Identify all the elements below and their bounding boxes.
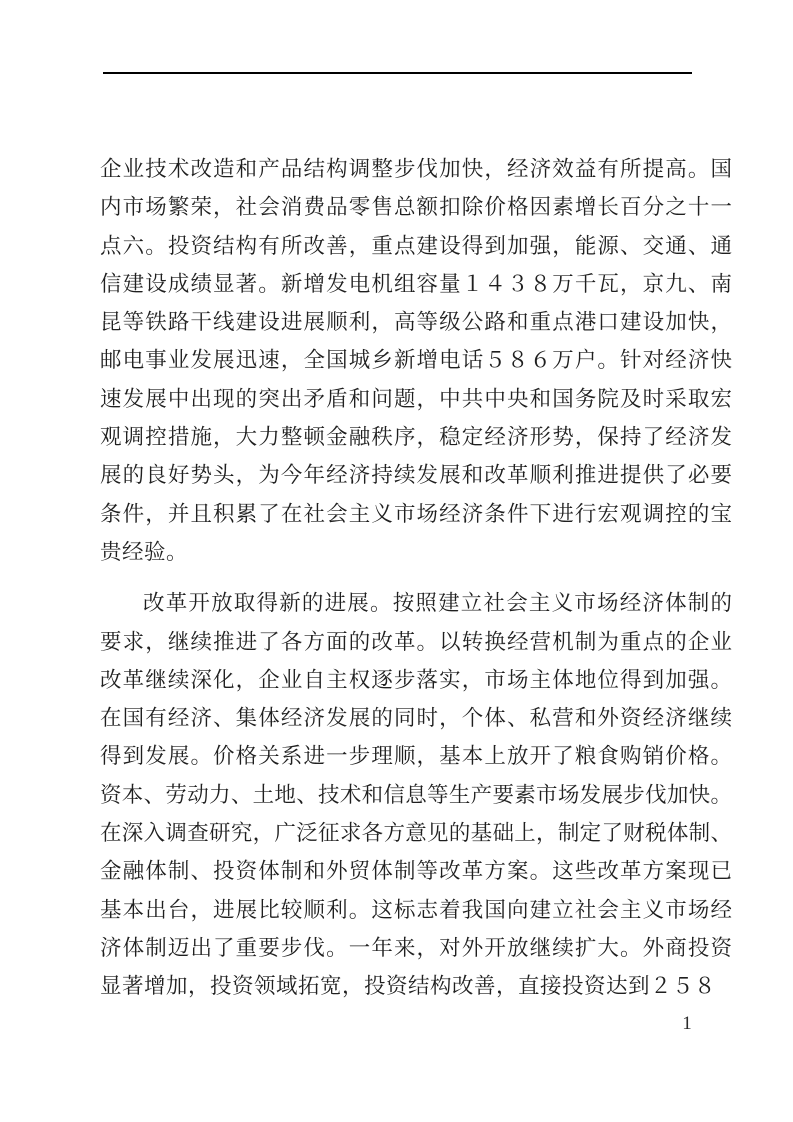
text-line: 速发展中出现的突出矛盾和问题，中共中央和国务院及时采取宏 [100, 380, 732, 418]
text-line: 要求，继续推进了各方面的改革。以转换经营机制为重点的企业 [100, 623, 732, 661]
text-line: 改革开放取得新的进展。按照建立社会主义市场经济体制的 [100, 584, 732, 622]
document-page: 企业技术改造和产品结构调整步伐加快，经济效益有所提高。国内市场繁荣，社会消费品零… [0, 0, 793, 1122]
text-line: 资本、劳动力、土地、技术和信息等生产要素市场发展步伐加快。 [100, 776, 732, 814]
paragraph: 改革开放取得新的进展。按照建立社会主义市场经济体制的要求，继续推进了各方面的改革… [100, 584, 732, 1005]
text-line: 展的良好势头，为今年经济持续发展和改革顺利推进提供了必要 [100, 456, 732, 494]
page-number: 1 [670, 1010, 704, 1038]
text-line: 内市场繁荣，社会消费品零售总额扣除价格因素增长百分之十一 [100, 188, 732, 226]
text-line: 信建设成绩显著。新增发电机组容量１４３８万千瓦，京九、南 [100, 265, 732, 303]
text-line: 企业技术改造和产品结构调整步伐加快，经济效益有所提高。国 [100, 150, 732, 188]
text-line: 点六。投资结构有所改善，重点建设得到加强，能源、交通、通 [100, 227, 732, 265]
header-rule [103, 72, 692, 74]
text-line: 基本出台，进展比较顺利。这标志着我国向建立社会主义市场经 [100, 891, 732, 929]
text-line: 在国有经济、集体经济发展的同时，个体、私营和外资经济继续 [100, 699, 732, 737]
text-line: 邮电事业发展迅速，全国城乡新增电话５８６万户。针对经济快 [100, 341, 732, 379]
text-line: 得到发展。价格关系进一步理顺，基本上放开了粮食购销价格。 [100, 737, 732, 775]
text-line: 济体制迈出了重要步伐。一年来，对外开放继续扩大。外商投资 [100, 929, 732, 967]
text-line: 在深入调查研究，广泛征求各方意见的基础上，制定了财税体制、 [100, 814, 732, 852]
text-line: 观调控措施，大力整顿金融秩序，稳定经济形势，保持了经济发 [100, 418, 732, 456]
document-content: 企业技术改造和产品结构调整步伐加快，经济效益有所提高。国内市场繁荣，社会消费品零… [100, 150, 732, 1006]
text-line: 条件，并且积累了在社会主义市场经济条件下进行宏观调控的宝 [100, 495, 732, 533]
text-line: 昆等铁路干线建设进展顺利，高等级公路和重点港口建设加快， [100, 303, 732, 341]
paragraph: 企业技术改造和产品结构调整步伐加快，经济效益有所提高。国内市场繁荣，社会消费品零… [100, 150, 732, 571]
text-line: 改革继续深化，企业自主权逐步落实，市场主体地位得到加强。 [100, 661, 732, 699]
text-line: 金融体制、投资体制和外贸体制等改革方案。这些改革方案现已 [100, 852, 732, 890]
text-line: 显著增加，投资领域拓宽，投资结构改善，直接投资达到２５８ [100, 967, 732, 1005]
text-line: 贵经验。 [100, 533, 732, 571]
